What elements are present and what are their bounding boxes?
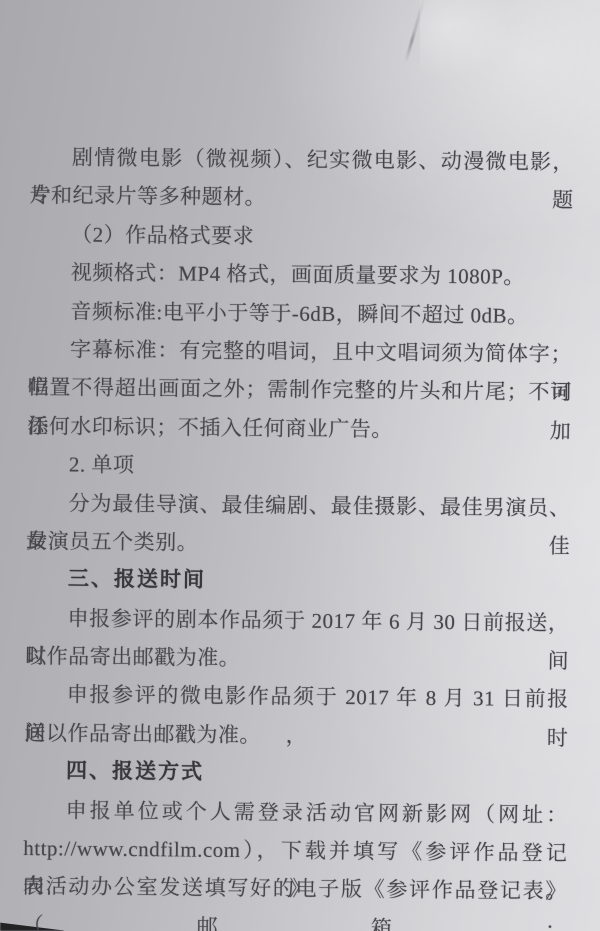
- section-heading-submission-time: 三、报送时间: [26, 560, 570, 604]
- section-heading-submission-method: 四、报送方式: [24, 752, 568, 796]
- doc-line-url: http://www.cndfilm.com），下载并填写《参评作品登记表》。: [23, 829, 567, 873]
- doc-line: 向活动办公室发送填写好的电子版《参评作品登记表》（邮箱：: [23, 867, 567, 911]
- doc-line: 2. 单项: [27, 445, 571, 489]
- doc-line: 申报参评的剧本作品须于 2017 年 6 月 30 日前报送，时间: [25, 599, 569, 643]
- document-body: 剧情微电影（微视频）、纪实微电影、动漫微电影，专题 片和纪录片等多种题材。 （2…: [0, 0, 600, 911]
- doc-line: （2）作品格式要求: [29, 215, 573, 259]
- doc-line: 位置不得超出画面之外；需制作完整的片头和片尾；不可添加: [28, 368, 572, 412]
- doc-line: 申报单位或个人需登录活动官网新影网（网址：: [23, 791, 567, 835]
- doc-line: 申报参评的微电影作品须于 2017 年 8 月 31 日前报送，时: [25, 675, 569, 719]
- doc-line: 音频标准:电平小于等于-6dB，瞬间不超过 0dB。: [28, 292, 572, 336]
- doc-line: 剧情微电影（微视频）、纪实微电影、动漫微电影，专题: [30, 138, 574, 182]
- doc-line: 字幕标准：有完整的唱词，且中文唱词须为简体字；唱词: [28, 330, 572, 374]
- photographed-document: 剧情微电影（微视频）、纪实微电影、动漫微电影，专题 片和纪录片等多种题材。 （2…: [0, 0, 600, 931]
- doc-line: 视频格式：MP4 格式，画面质量要求为 1080P。: [29, 253, 573, 297]
- doc-line: 分为最佳导演、最佳编剧、最佳摄影、最佳男演员、最佳: [26, 484, 570, 528]
